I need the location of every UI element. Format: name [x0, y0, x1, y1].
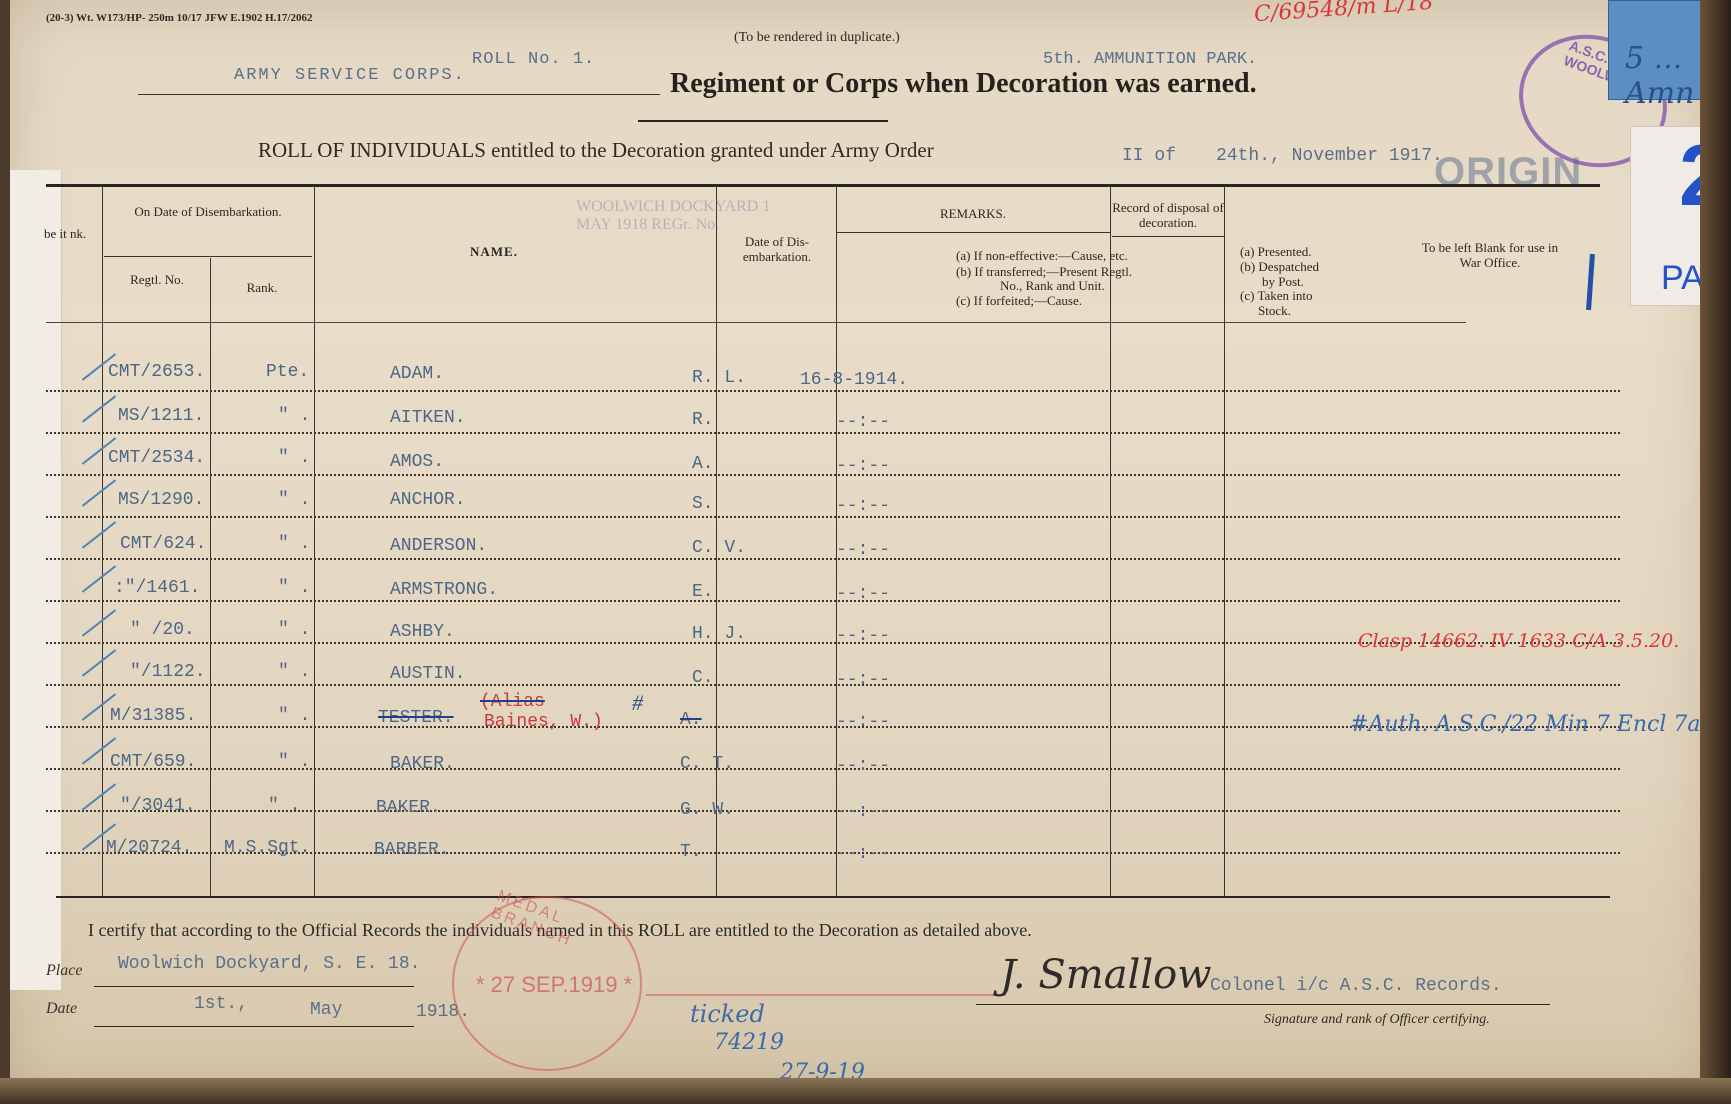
col-divider — [314, 186, 315, 896]
register-stamp: WOOLWICH DOCKYARD 1 MAY 1918 REGr. No. — [576, 198, 776, 234]
disembarkation-date: --:-- — [836, 844, 890, 864]
medal-stamp-date: * 27 SEP.1919 * — [476, 972, 632, 998]
war-office-note: Clasp 14662. IV 1633 C/A 3.5.20. — [1358, 630, 1679, 652]
rank: " . — [278, 752, 310, 772]
disembarkation-date: --:-- — [836, 626, 890, 646]
header-on-date-disembarkation: On Date of Disembarkation. — [104, 204, 312, 219]
duplicate-note: (To be rendered in duplicate.) — [734, 30, 900, 46]
part-tab[interactable]: 2 PART — [1630, 126, 1710, 306]
page-title: Regiment or Corps when Decoration was ea… — [670, 68, 1257, 100]
disembarkation-date: --:-- — [836, 670, 890, 690]
col-divider — [102, 186, 103, 896]
rank: M.S.Sgt. — [224, 838, 310, 858]
row-rule — [46, 684, 1620, 686]
header-regtl-no: Regtl. No. — [104, 272, 210, 287]
place-value: Woolwich Dockyard, S. E. 18. — [118, 954, 420, 974]
disembarkation-date: --:-- — [836, 802, 890, 822]
col-divider — [210, 258, 211, 896]
remarks-c: (c) If forfeited;—Cause. — [956, 293, 1082, 308]
rank: " . — [278, 490, 310, 510]
regtl-no: MS/1211. — [118, 406, 204, 426]
disembarkation-date: --:-- — [836, 756, 890, 776]
red-reference-annotation: C/69548/m L/18 — [1253, 0, 1434, 27]
col-divider — [1110, 186, 1111, 896]
rank: " . — [278, 578, 310, 598]
signature-line — [976, 1004, 1550, 1005]
surname: BAKER. — [376, 798, 441, 818]
initials: S. — [692, 494, 714, 514]
disposal-b: (b) Despatched — [1240, 259, 1319, 274]
disembarkation-date: --:-- — [836, 584, 890, 604]
ticked-note: ticked — [690, 1000, 765, 1028]
initials: H. J. — [692, 624, 746, 644]
torn-paper-edge — [10, 170, 62, 990]
disposal-c: (c) Taken into — [1240, 288, 1313, 303]
rank: " . — [278, 706, 310, 726]
disembarkation-date: 16-8-1914. — [800, 370, 908, 390]
check-mark-icon — [82, 395, 116, 422]
medal-stamp-title: MEDAL BRANCH — [488, 887, 641, 972]
initials: G. W. — [680, 800, 734, 820]
table-bottom-rule — [56, 896, 1610, 898]
date-line — [94, 1026, 414, 1027]
initials: C. T. — [680, 754, 734, 774]
signature-caption: Signature and rank of Officer certifying… — [1264, 1012, 1490, 1028]
surname: ANCHOR. — [390, 490, 466, 510]
date-label: Date — [46, 1000, 77, 1018]
regtl-no: MS/1290. — [118, 490, 204, 510]
header-bottom-rule — [46, 322, 1466, 323]
initials: T. — [680, 842, 702, 862]
remarks-b: (b) If transferred;—Present Regtl. — [956, 264, 1132, 279]
title-rule — [638, 120, 888, 122]
header-subrule — [104, 256, 312, 257]
surname: AUSTIN. — [390, 664, 466, 684]
blue-pencil-mark — [1586, 254, 1595, 310]
row-rule — [46, 390, 1620, 392]
rank: " . — [278, 534, 310, 554]
header-subrule — [1112, 236, 1224, 237]
army-order-date: 24th., November 1917. — [1216, 146, 1443, 166]
header-name: NAME. — [470, 244, 670, 259]
surname: BAKER. — [390, 754, 455, 774]
disposal-b2: by Post. — [1262, 274, 1304, 289]
check-mark-icon — [82, 609, 116, 636]
alias-struck: (Alias — [480, 692, 545, 712]
header-remarks: REMARKS. — [836, 206, 1110, 221]
remarks-a: (a) If non-effective:—Cause, etc. — [956, 248, 1128, 263]
check-mark-icon — [82, 479, 116, 506]
unit-name: 5th. AMMUNITION PARK. — [1043, 50, 1257, 69]
header-disembarkation-date: Date of Dis- embarkation. — [718, 234, 836, 264]
initials: C. V. — [692, 538, 746, 558]
row-rule — [46, 432, 1620, 434]
alias-name: Baines, W.) — [484, 712, 603, 732]
blue-tab-label: 5 ... Amn — [1625, 41, 1710, 111]
ticket-reference: 74219 — [714, 1030, 784, 1055]
surname: ASHBY. — [390, 622, 455, 642]
regtl-no: M/31385. — [110, 706, 196, 726]
row-rule — [46, 516, 1620, 518]
date-day: 1st., — [194, 994, 248, 1014]
medal-branch-stamp: MEDAL BRANCH * 27 SEP.1919 * — [452, 896, 642, 1071]
disposal-a: (a) Presented. — [1240, 244, 1311, 259]
regtl-no: M/20724. — [106, 838, 192, 858]
surname: AITKEN. — [390, 408, 466, 428]
col-divider — [1224, 186, 1225, 896]
header-disposal: Record of disposal of decoration. — [1112, 200, 1224, 230]
place-line — [94, 986, 414, 987]
war-office-note: #Auth. A.S.C./22 Min 7 Encl 7a — [1350, 712, 1701, 737]
surname: AMOS. — [390, 452, 444, 472]
hash-mark: # — [632, 690, 643, 716]
place-label: Place — [46, 962, 82, 980]
initials: R. L. — [692, 368, 746, 388]
initials: E. — [692, 582, 714, 602]
rank: " . — [278, 448, 310, 468]
header-subrule — [836, 232, 1110, 233]
roll-number: ROLL No. 1. — [472, 50, 595, 69]
disposal-c2: Stock. — [1258, 303, 1291, 318]
print-code: (20-3) Wt. W173/HP- 250m 10/17 JFW E.190… — [46, 12, 312, 24]
regtl-no: CMT/2653. — [108, 362, 205, 382]
page-stack-edge — [0, 1078, 1731, 1104]
blue-index-tab[interactable]: 5 ... Amn — [1608, 0, 1710, 100]
disembarkation-date: --:-- — [836, 456, 890, 476]
surname: BARBER. — [374, 840, 450, 860]
regtl-no: CMT/2534. — [108, 448, 205, 468]
medal-roll-page: (20-3) Wt. W173/HP- 250m 10/17 JFW E.190… — [10, 0, 1710, 1096]
rank: " . — [268, 796, 300, 816]
disembarkation-date: --:-- — [836, 496, 890, 516]
initials: C. — [692, 668, 714, 688]
regtl-no: CMT/624. — [120, 534, 206, 554]
disembarkation-date: --:-- — [836, 712, 890, 732]
row-rule — [46, 474, 1620, 476]
army-order-number: II of — [1122, 146, 1176, 166]
table-top-rule — [46, 184, 1600, 187]
signer-rank: Colonel i/c A.S.C. Records. — [1210, 976, 1502, 996]
surname: ADAM. — [390, 364, 444, 384]
row-rule — [46, 558, 1620, 560]
regtl-no: "/1122. — [130, 662, 206, 682]
check-mark-icon — [82, 783, 116, 810]
initials-struck: A. — [680, 710, 702, 730]
check-mark-icon — [82, 521, 116, 548]
surname-struck: TESTER. — [378, 708, 454, 728]
header-war-office: To be left Blank for use in War Office. — [1410, 240, 1570, 270]
officer-signature: J. Smallow — [1000, 952, 1211, 998]
regtl-no: :"/1461. — [114, 578, 200, 598]
regtl-no: " /20. — [130, 620, 195, 640]
regtl-no: CMT/659. — [110, 752, 196, 772]
disembarkation-date: --:-- — [836, 412, 890, 432]
check-mark-icon — [82, 649, 116, 676]
rank: " . — [278, 620, 310, 640]
corps-underline — [138, 94, 660, 95]
initials: A. — [692, 454, 714, 474]
surname: ANDERSON. — [390, 536, 487, 556]
check-mark-icon — [82, 565, 116, 592]
header-rank: Rank. — [210, 280, 314, 295]
regtl-no: "/3041. — [120, 796, 196, 816]
remarks-b2: No., Rank and Unit. — [1000, 278, 1105, 293]
rank: " . — [278, 406, 310, 426]
initials: R. — [692, 410, 714, 430]
row-rule — [46, 600, 1620, 602]
surname: ARMSTRONG. — [390, 580, 498, 600]
red-rule — [646, 994, 1006, 996]
header-rank-partial: be it nk. — [44, 226, 94, 241]
rank: " . — [278, 662, 310, 682]
corps-name: ARMY SERVICE CORPS. — [234, 66, 466, 85]
roll-description: ROLL OF INDIVIDUALS entitled to the Deco… — [258, 138, 934, 163]
disembarkation-date: --:-- — [836, 540, 890, 560]
date-month: May — [310, 1000, 342, 1020]
binder-edge — [1700, 0, 1731, 1104]
rank: Pte. — [266, 362, 309, 382]
